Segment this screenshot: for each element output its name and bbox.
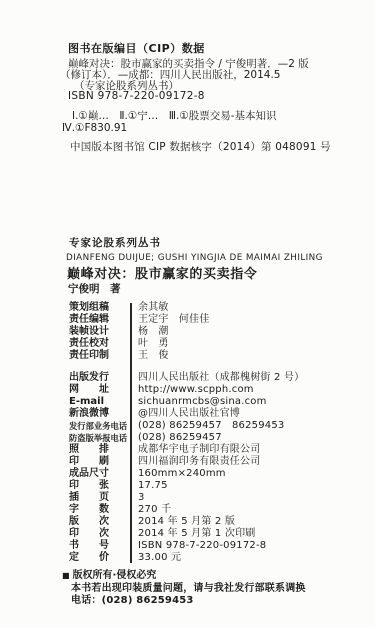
colophon-value: 成都华宇电子制印有限公司: [138, 444, 260, 456]
colophon-label: 装帧设计: [69, 326, 128, 338]
colophon-label: 策划组稿: [69, 302, 128, 314]
colophon-row: 新浪微博@四川人民出版社官博: [0, 408, 375, 420]
colophon-value: 杨 潮: [138, 326, 169, 338]
colophon-row: 防盗版举报电话(028) 86259457: [0, 432, 375, 444]
colophon-value: 270 千: [138, 504, 171, 516]
colophon-row: 印 刷四川福润印务有限责任公司: [0, 456, 375, 468]
colophon-row: 网 址http://www.scpph.com: [0, 384, 375, 396]
colophon-row: 责任校对叶 勇: [0, 338, 375, 350]
colophon-row: 版 次2014 年 5 月第 2 版: [0, 516, 375, 528]
colophon-row: 责任印制王 俊: [0, 350, 375, 362]
book-author: 宁俊明 著: [68, 281, 121, 296]
colophon-label: 定 价: [69, 552, 128, 564]
colophon-value: 王 俊: [138, 350, 169, 362]
colophon-value: sichuanrmcbs@sina.com: [138, 396, 267, 408]
colophon-value: 余其敏: [138, 302, 169, 314]
colophon-row: 发行部业务电话(028) 86259457 86259453: [0, 420, 375, 432]
colophon-table: 策划组稿余其敏责任编辑王定宇 何佳佳装帧设计杨 潮责任校对叶 勇责任印制王 俊出…: [0, 302, 375, 564]
colophon-label: 网 址: [69, 384, 128, 396]
colophon-row: 出版发行四川人民出版社（成都槐树街 2 号）: [0, 372, 375, 384]
colophon-row: 装帧设计杨 潮: [0, 326, 375, 338]
colophon-label: 照 排: [69, 444, 128, 456]
colophon-value: 叶 勇: [138, 338, 169, 350]
colophon-value: 160mm×240mm: [138, 468, 226, 480]
colophon-label: 印 刷: [69, 456, 128, 468]
colophon-row: 策划组稿余其敏: [0, 302, 375, 314]
column-divider: [130, 303, 132, 563]
series-title: 专家论股系列丛书: [69, 235, 161, 250]
colophon-label: E-mail: [69, 396, 128, 408]
colophon-value: 2014 年 5 月第 1 次印刷: [138, 528, 255, 540]
colophon-row: 责任编辑王定宇 何佳佳: [0, 314, 375, 326]
colophon-value: @四川人民出版社官博: [138, 408, 240, 420]
colophon-value: 四川福润印务有限责任公司: [138, 456, 260, 468]
colophon-row: 书 号ISBN 978-7-220-09172-8: [0, 540, 375, 552]
contact-phone: 电话：(028) 86259453: [71, 595, 306, 608]
quality-notice: 本书若出现印装质量问题，请与我社发行部联系调换: [71, 583, 306, 596]
cip-record-block: 巅峰对决：股市赢家的买卖指令 / 宁俊明著．—2 版 （修订本）．—成都：四川人…: [0, 59, 309, 102]
cip-registration: 中国版本图书馆 CIP 数据核字（2014）第 048091 号: [70, 139, 331, 154]
colophon-value: 3: [138, 492, 145, 504]
colophon-value: http://www.scpph.com: [138, 384, 254, 396]
colophon-value: 王定宇 何佳佳: [138, 314, 209, 326]
colophon-row: 插 页3: [0, 492, 375, 504]
colophon-value: 四川人民出版社（成都槐树街 2 号）: [138, 372, 304, 384]
colophon-value: (028) 86259457 86259453: [138, 420, 284, 432]
colophon-value: 33.00 元: [138, 552, 181, 564]
colophon-label: 发行部业务电话: [69, 420, 128, 432]
colophon-row: 印 次2014 年 5 月第 1 次印刷: [0, 528, 375, 540]
colophon-label: 防盗版举报电话: [69, 432, 128, 444]
copyright-notice-line: ■ 版权所有·侵权必究: [62, 570, 306, 583]
colophon-label: 新浪微博: [69, 408, 128, 420]
colophon-row: 照 排成都华宇电子制印有限公司: [0, 444, 375, 456]
colophon-row: 定 价33.00 元: [0, 552, 375, 564]
filled-square-icon: ■: [62, 570, 70, 583]
colophon-value: ISBN 978-7-220-09172-8: [138, 540, 266, 552]
colophon-row: 印 张17.75: [0, 480, 375, 492]
pinyin-title: DIANFENG DUIJUE; GUSHI YINGJIA DE MAIMAI…: [66, 253, 323, 263]
colophon-label: 书 号: [69, 540, 128, 552]
colophon-label: 版 次: [69, 516, 128, 528]
colophon-label: 字 数: [69, 504, 128, 516]
copyright-page: 图书在版编目（CIP）数据 巅峰对决：股市赢家的买卖指令 / 宁俊明著．—2 版…: [0, 0, 375, 628]
colophon-value: (028) 86259457: [138, 432, 222, 444]
colophon-row: E-mailsichuanrmcbs@sina.com: [0, 396, 375, 408]
colophon-label: 出版发行: [69, 372, 128, 384]
isbn-line: ISBN 978-7-220-09172-8: [68, 91, 309, 102]
colophon-label: 责任编辑: [69, 314, 128, 326]
colophon-label: 成品尺寸: [69, 468, 128, 480]
group-spacer: [0, 362, 375, 372]
book-title: 巅峰对决：股市赢家的买卖指令: [67, 263, 257, 282]
colophon-label: 责任校对: [69, 338, 128, 350]
classification-line: Ⅳ.①F830.91: [62, 122, 277, 134]
classification-line: Ⅰ.①巅… Ⅱ.①宁… Ⅲ.①股票交易-基本知识: [72, 110, 277, 122]
cip-record-line: （修订本）．—成都：四川人民出版社，2014.5: [60, 70, 309, 81]
colophon-label: 责任印制: [69, 350, 128, 362]
colophon-row: 字 数270 千: [0, 504, 375, 516]
colophon-value: 2014 年 5 月第 2 版: [138, 516, 235, 528]
cip-heading: 图书在版编目（CIP）数据: [68, 40, 205, 56]
colophon-label: 印 张: [69, 480, 128, 492]
colophon-row: 成品尺寸160mm×240mm: [0, 468, 375, 480]
colophon-label: 插 页: [69, 492, 128, 504]
colophon-label: 印 次: [69, 528, 128, 540]
copyright-footer: ■ 版权所有·侵权必究 本书若出现印装质量问题，请与我社发行部联系调换 电话：(…: [62, 570, 306, 608]
copyright-notice: 版权所有·侵权必究: [73, 570, 157, 583]
cip-classification-block: Ⅰ.①巅… Ⅱ.①宁… Ⅲ.①股票交易-基本知识 Ⅳ.①F830.91: [0, 110, 277, 134]
colophon-value: 17.75: [138, 480, 168, 492]
